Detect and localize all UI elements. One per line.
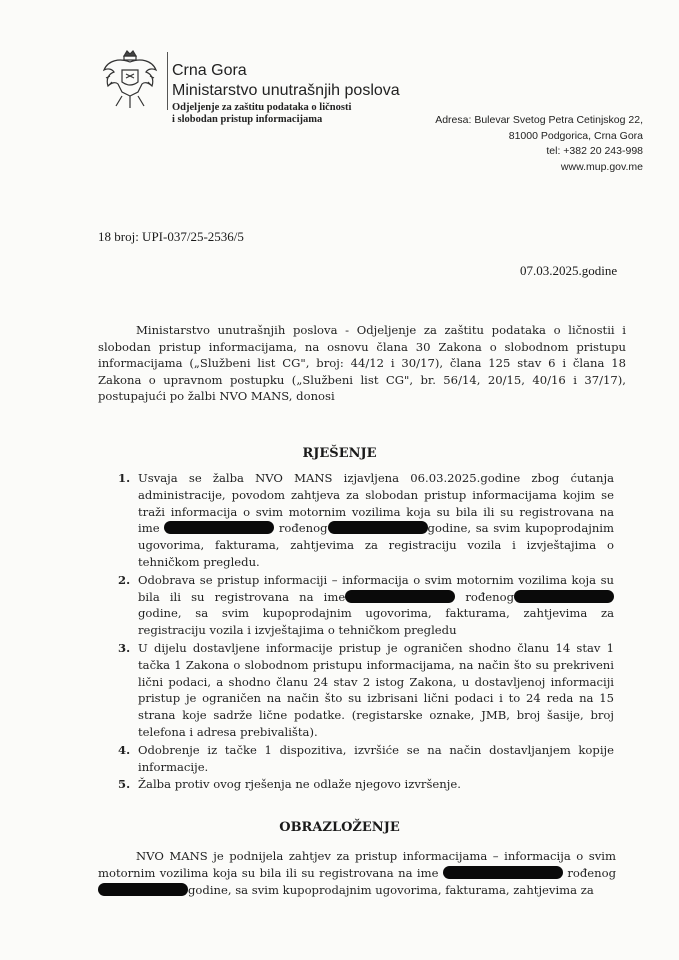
decision-item: 1. Usvaja se žalba NVO MANS izjavljena 0… — [118, 470, 614, 571]
intro-text: Ministarstvo unutrašnjih poslova - Odjel… — [98, 323, 626, 403]
redacted-name — [345, 590, 455, 603]
redacted-name — [443, 866, 563, 879]
decision-item: 4. Odobrenje iz tačke 1 dispozitiva, izv… — [118, 742, 614, 776]
department-line-1: Odjeljenje za zaštitu podataka o ličnost… — [172, 102, 351, 114]
department-name: Odjeljenje za zaštitu podataka o ličnost… — [172, 102, 351, 126]
country-name: Crna Gora — [172, 62, 247, 80]
redacted-name — [164, 521, 274, 534]
decision-item: 3. U dijelu dostavljene informacije pris… — [118, 640, 614, 741]
department-line-2: i slobodan pristup informacijama — [172, 114, 351, 126]
coat-of-arms-icon — [100, 48, 160, 112]
address-street: Adresa: Bulevar Svetog Petra Cetinjskog … — [435, 113, 643, 129]
header-divider — [167, 52, 168, 110]
redacted-birthdate — [98, 883, 188, 896]
intro-paragraph: Ministarstvo unutrašnjih poslova - Odjel… — [98, 322, 626, 405]
document-date: 07.03.2025.godine — [520, 263, 617, 279]
decision-item: 5. Žalba protiv ovog rješenja ne odlaže … — [118, 776, 614, 793]
item-number: 1. — [118, 470, 130, 487]
reference-number: 18 broj: UPI-037/25-2536/5 — [98, 229, 244, 245]
item-number: 3. — [118, 640, 130, 657]
phone-number: tel: +382 20 243-998 — [435, 144, 643, 160]
item-number: 2. — [118, 572, 130, 589]
reasoning-title: OBRAZLOŽENJE — [0, 820, 679, 835]
decision-item: 2. Odobrava se pristup informaciji – inf… — [118, 572, 614, 639]
address-city: 81000 Podgorica, Crna Gora — [435, 129, 643, 145]
redacted-birthdate — [328, 521, 428, 534]
website-link: www.mup.gov.me — [435, 160, 643, 176]
reasoning-paragraph: NVO MANS je podnijela zahtjev za pristup… — [98, 848, 616, 899]
decision-items: 1. Usvaja se žalba NVO MANS izjavljena 0… — [118, 470, 614, 794]
address-block: Adresa: Bulevar Svetog Petra Cetinjskog … — [435, 113, 643, 175]
item-number: 5. — [118, 776, 130, 793]
item-number: 4. — [118, 742, 130, 759]
redacted-birthdate — [514, 590, 614, 603]
decision-title: RJEŠENJE — [0, 446, 679, 461]
ministry-name: Ministarstvo unutrašnjih poslova — [172, 82, 400, 100]
